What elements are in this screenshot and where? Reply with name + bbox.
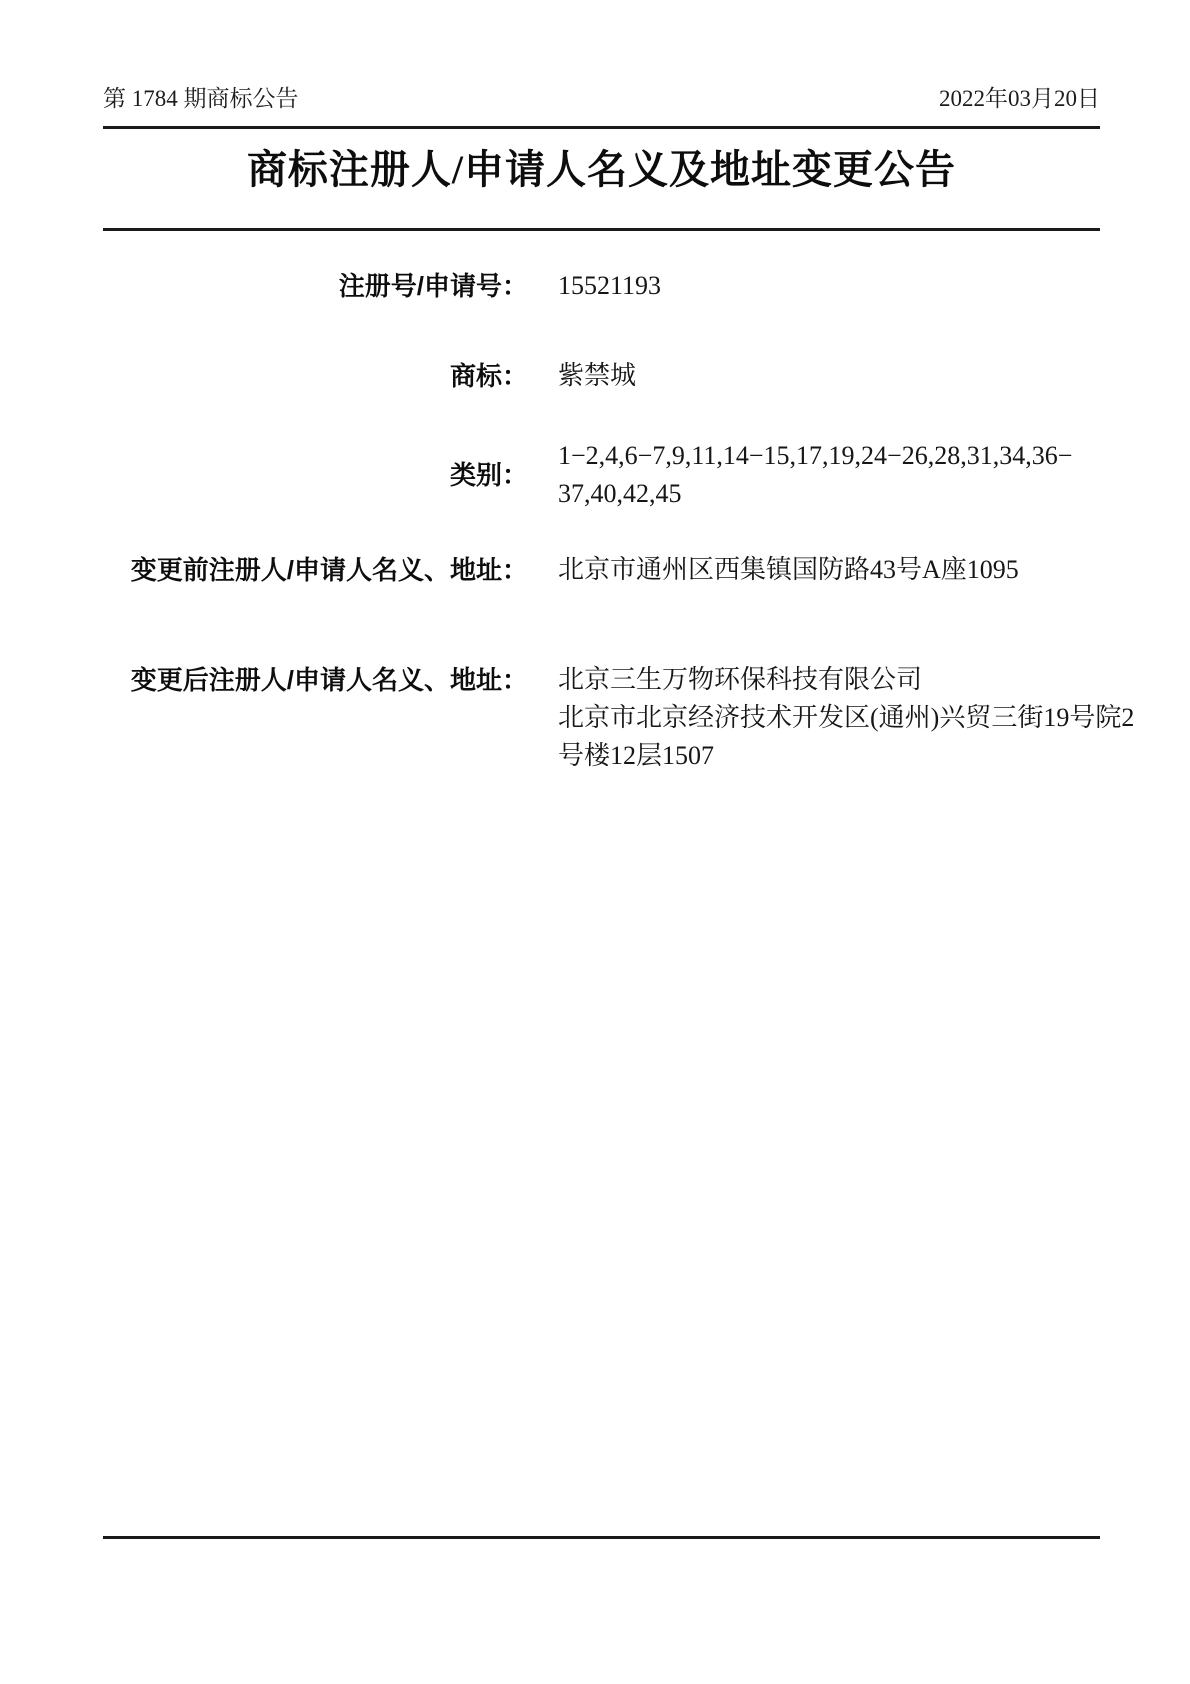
page-content: 第 1784 期商标公告 2022年03月20日 商标注册人/申请人名义及地址变… xyxy=(103,0,1100,775)
field-value: 15521193 xyxy=(558,267,661,305)
gazette-date: 2022年03月20日 xyxy=(939,84,1100,114)
value-line: 号楼12层1507 xyxy=(558,737,1134,775)
field-row-registration-number: 注册号/申请号： 15521193 xyxy=(103,267,1100,305)
field-label: 注册号/申请号： xyxy=(103,267,528,305)
field-label: 变更后注册人/申请人名义、地址： xyxy=(103,661,528,699)
value-line: 北京市通州区西集镇国防路43号A座1095 xyxy=(558,551,1019,589)
value-line: 北京市北京经济技术开发区(通州)兴贸三街19号院2 xyxy=(558,699,1134,737)
gazette-issue-label: 第 1784 期商标公告 xyxy=(103,84,299,114)
field-value: 北京市通州区西集镇国防路43号A座1095 xyxy=(558,551,1019,589)
value-line: 北京三生万物环保科技有限公司 xyxy=(558,661,1134,699)
value-line: 37,40,42,45 xyxy=(558,475,1072,513)
value-line: 1−2,4,6−7,9,11,14−15,17,19,24−26,28,31,3… xyxy=(558,437,1072,475)
field-label: 商标： xyxy=(103,357,528,395)
field-row-classes: 类别： 1−2,4,6−7,9,11,14−15,17,19,24−26,28,… xyxy=(103,437,1100,513)
field-value: 北京三生万物环保科技有限公司 北京市北京经济技术开发区(通州)兴贸三街19号院2… xyxy=(558,661,1134,775)
field-list: 注册号/申请号： 15521193 商标： 紫禁城 类别： 1−2,4,6−7,… xyxy=(103,267,1100,775)
field-row-after-change: 变更后注册人/申请人名义、地址： 北京三生万物环保科技有限公司 北京市北京经济技… xyxy=(103,661,1100,775)
field-row-before-change: 变更前注册人/申请人名义、地址： 北京市通州区西集镇国防路43号A座1095 xyxy=(103,551,1100,589)
value-line: 15521193 xyxy=(558,267,661,305)
title-divider xyxy=(103,228,1100,231)
page-header: 第 1784 期商标公告 2022年03月20日 xyxy=(103,84,1100,114)
field-value: 紫禁城 xyxy=(558,357,636,395)
value-line: 紫禁城 xyxy=(558,357,636,395)
field-value: 1−2,4,6−7,9,11,14−15,17,19,24−26,28,31,3… xyxy=(558,437,1072,513)
header-divider xyxy=(103,126,1100,129)
page-title: 商标注册人/申请人名义及地址变更公告 xyxy=(103,146,1100,194)
field-row-trademark: 商标： 紫禁城 xyxy=(103,357,1100,395)
footer-divider xyxy=(103,1536,1100,1539)
field-label: 变更前注册人/申请人名义、地址： xyxy=(103,551,528,589)
field-label: 类别： xyxy=(103,456,528,494)
gazette-page: 第 1784 期商标公告 2022年03月20日 商标注册人/申请人名义及地址变… xyxy=(0,0,1190,1684)
